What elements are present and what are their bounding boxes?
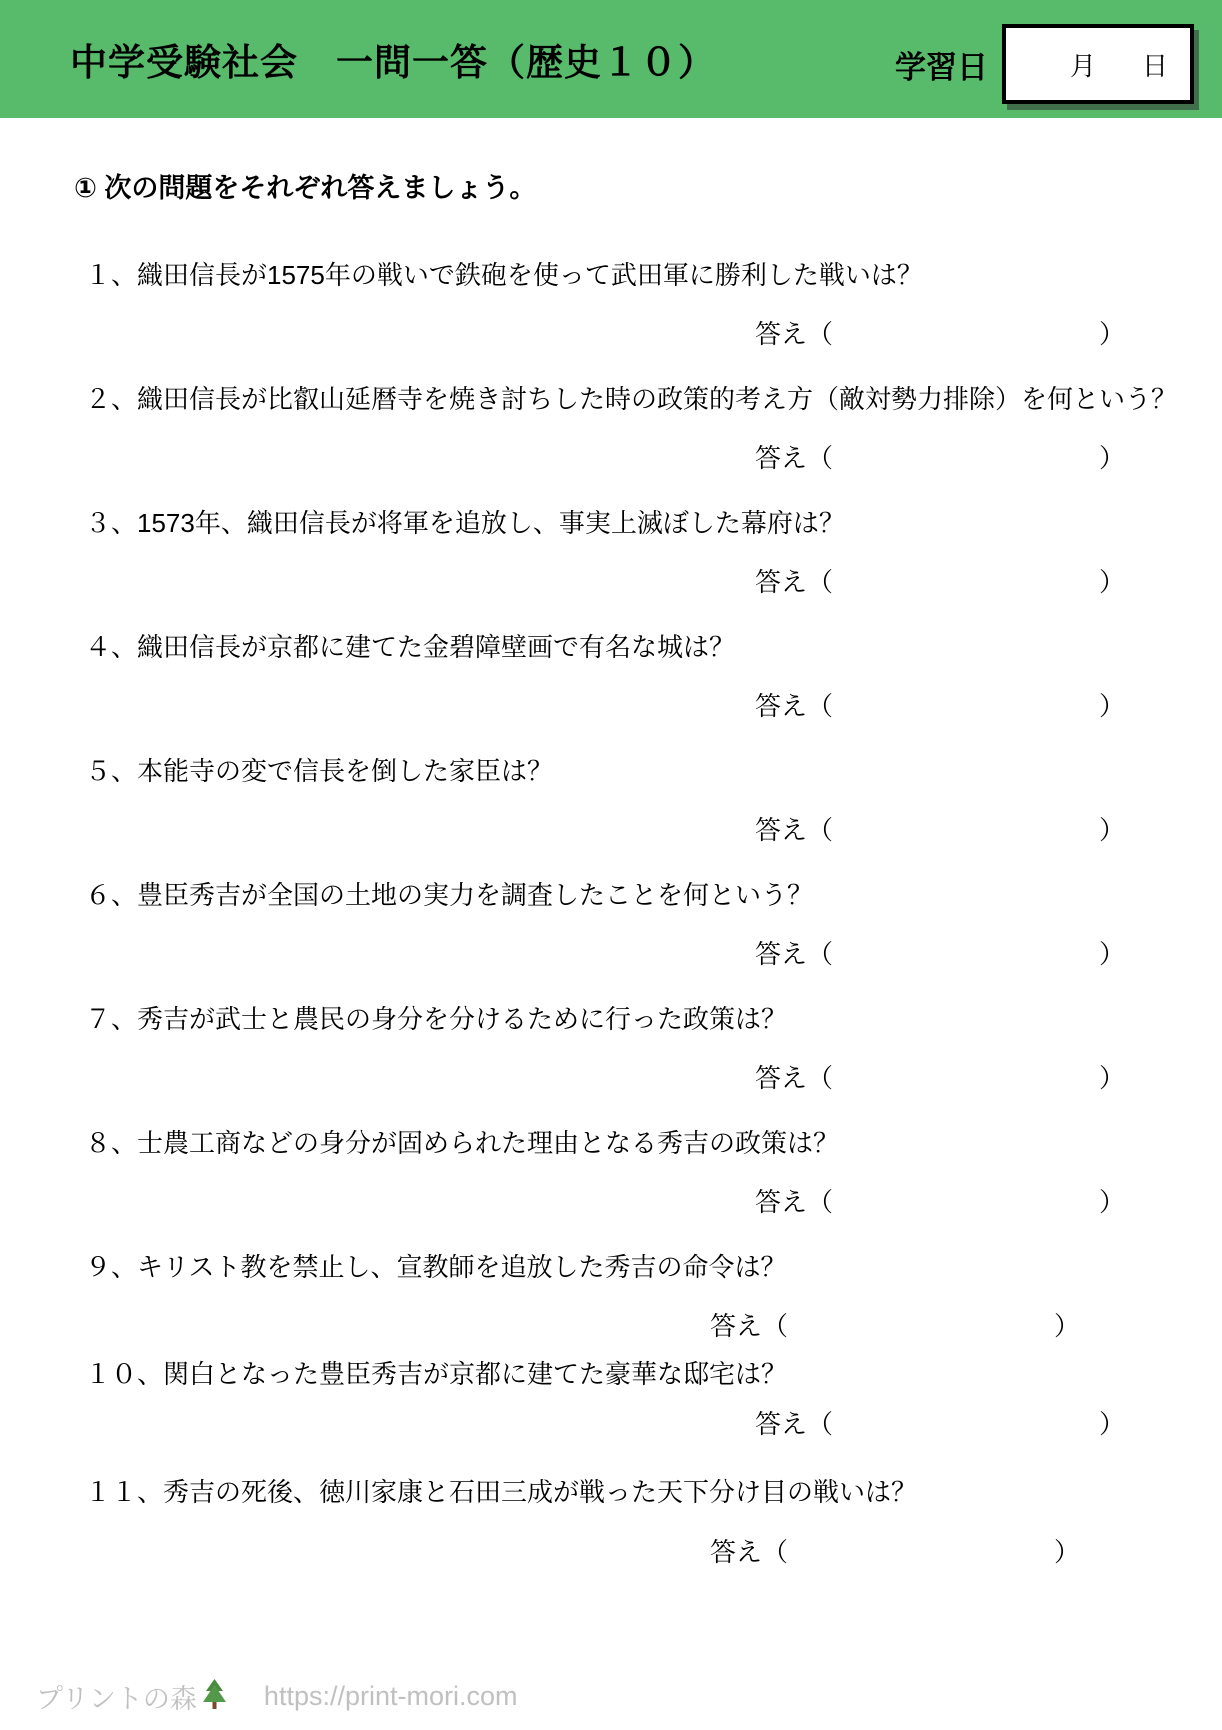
qa-block: ３、1573年、織田信長が将軍を追放し、事実上滅ぼした幕府は？ 答え（） [0, 506, 1222, 599]
site-url: https://print-mori.com [264, 1681, 518, 1712]
qa-block: ７、秀吉が武士と農民の身分を分けるために行った政策は？ 答え（） [0, 1002, 1222, 1095]
answer-label: 答え（ [755, 1187, 833, 1217]
answer-label: 答え（ [755, 319, 833, 349]
answer-label: 答え（ [755, 691, 833, 721]
question-text: ６、豊臣秀吉が全国の土地の実力を調査したことを何という？ [85, 878, 1222, 912]
answer-close-paren: ） [1099, 1409, 1125, 1439]
qa-block: １１、秀吉の死後、徳川家康と石田三成が戦った天下分け目の戦いは？ 答え（） [0, 1475, 1222, 1569]
study-date-label: 学習日 [895, 42, 988, 87]
question-text: ３、1573年、織田信長が将軍を追放し、事実上滅ぼした幕府は？ [85, 506, 1222, 540]
answer-label: 答え（ [755, 1409, 833, 1439]
month-label: 月 [1070, 46, 1096, 83]
answer-close-paren: ） [1099, 319, 1125, 349]
qa-block: ８、士農工商などの身分が固められた理由となる秀吉の政策は？ 答え（） [0, 1126, 1222, 1219]
answer-row: 答え（） [0, 1309, 1080, 1343]
answer-close-paren: ） [1054, 1537, 1080, 1567]
answer-close-paren: ） [1099, 1187, 1125, 1217]
answer-label: 答え（ [755, 567, 833, 597]
answer-label: 答え（ [755, 939, 833, 969]
answer-row: 答え（） [0, 813, 1125, 847]
answer-close-paren: ） [1099, 443, 1125, 473]
page-title: 中学受験社会 一問一答（歴史１０） [70, 32, 716, 86]
answer-row: 答え（） [0, 937, 1125, 971]
qa-block: １、織田信長が1575年の戦いで鉄砲を使って武田軍に勝利した戦いは？ 答え（） [0, 258, 1222, 351]
answer-close-paren: ） [1099, 691, 1125, 721]
footer: プリントの森 https://print-mori.com [36, 1676, 517, 1717]
question-text: ７、秀吉が武士と農民の身分を分けるために行った政策は？ [85, 1002, 1222, 1036]
site-name: プリントの森 [36, 1677, 197, 1716]
answer-label: 答え（ [710, 1311, 788, 1341]
question-text: ２、織田信長が比叡山延暦寺を焼き討ちした時の政策的考え方（敵対勢力排除）を何とい… [85, 382, 1222, 416]
qa-block: ２、織田信長が比叡山延暦寺を焼き討ちした時の政策的考え方（敵対勢力排除）を何とい… [0, 382, 1222, 475]
answer-row: 答え（） [0, 441, 1125, 475]
tree-icon [201, 1678, 228, 1717]
answer-row: 答え（） [0, 565, 1125, 599]
answer-row: 答え（） [0, 1535, 1080, 1569]
answer-close-paren: ） [1099, 939, 1125, 969]
answer-close-paren: ） [1099, 815, 1125, 845]
answer-close-paren: ） [1099, 1063, 1125, 1093]
date-box: 月 日 [1002, 24, 1194, 104]
answer-label: 答え（ [755, 1063, 833, 1093]
qa-block: ６、豊臣秀吉が全国の土地の実力を調査したことを何という？ 答え（） [0, 878, 1222, 971]
answer-row: 答え（） [0, 1061, 1125, 1095]
page-header: 中学受験社会 一問一答（歴史１０） 学習日 月 日 [0, 0, 1222, 118]
question-text: ８、士農工商などの身分が固められた理由となる秀吉の政策は？ [85, 1126, 1222, 1160]
answer-close-paren: ） [1099, 567, 1125, 597]
question-text: １１、秀吉の死後、徳川家康と石田三成が戦った天下分け目の戦いは？ [85, 1475, 1222, 1509]
qa-block: １０、関白となった豊臣秀吉が京都に建てた豪華な邸宅は？ 答え（） [0, 1357, 1222, 1441]
section-heading: ① 次の問題をそれぞれ答えましょう。 [74, 170, 1222, 206]
qa-block: ５、本能寺の変で信長を倒した家臣は？ 答え（） [0, 754, 1222, 847]
study-date-group: 学習日 月 日 [895, 24, 1194, 104]
answer-label: 答え（ [710, 1537, 788, 1567]
answer-label: 答え（ [755, 443, 833, 473]
qa-block: ９、キリスト教を禁止し、宣教師を追放した秀吉の命令は？ 答え（） [0, 1250, 1222, 1343]
question-text: ９、キリスト教を禁止し、宣教師を追放した秀吉の命令は？ [85, 1250, 1222, 1284]
answer-row: 答え（） [0, 1185, 1125, 1219]
answer-row: 答え（） [0, 689, 1125, 723]
day-label: 日 [1142, 46, 1168, 83]
question-text: １０、関白となった豊臣秀吉が京都に建てた豪華な邸宅は？ [85, 1357, 1222, 1391]
answer-row: 答え（） [0, 317, 1125, 351]
answer-label: 答え（ [755, 815, 833, 845]
question-text: ５、本能寺の変で信長を倒した家臣は？ [85, 754, 1222, 788]
question-text: １、織田信長が1575年の戦いで鉄砲を使って武田軍に勝利した戦いは？ [85, 258, 1222, 292]
qa-block: ４、織田信長が京都に建てた金碧障壁画で有名な城は？ 答え（） [0, 630, 1222, 723]
answer-row: 答え（） [0, 1407, 1125, 1441]
question-text: ４、織田信長が京都に建てた金碧障壁画で有名な城は？ [85, 630, 1222, 664]
answer-close-paren: ） [1054, 1311, 1080, 1341]
